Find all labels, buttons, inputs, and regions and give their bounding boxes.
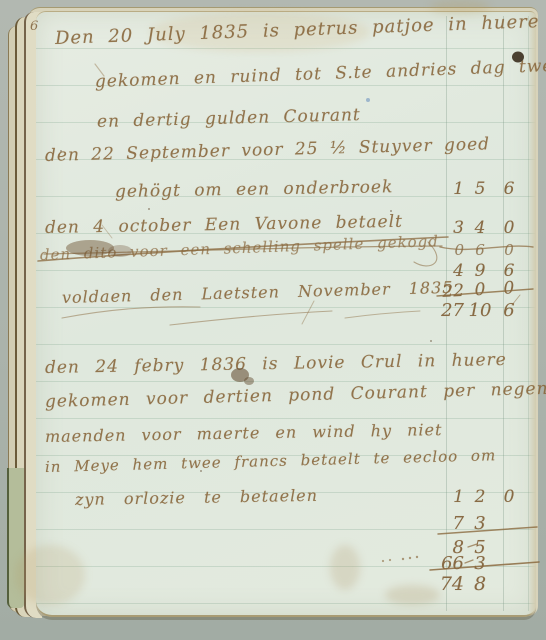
ledger-page: [36, 11, 536, 617]
money-column-rule-2: [503, 16, 504, 611]
scanned-ledger-photo: 6 Den 20 July 1835 is petrus patjoe in h…: [0, 0, 546, 640]
money-column-rule-1: [446, 16, 447, 611]
book-cover-edge: [7, 468, 24, 608]
money-column-rule-3: [528, 16, 529, 611]
